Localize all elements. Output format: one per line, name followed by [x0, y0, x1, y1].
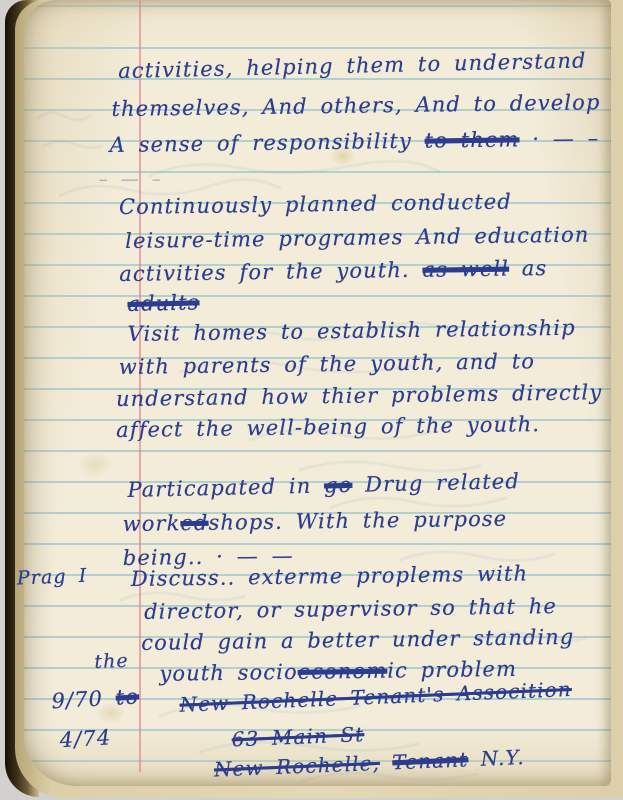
handwriting-line-8: adults: [127, 290, 200, 316]
handwriting-line-11: understand how thier problems directly: [116, 380, 603, 411]
margin-note-prag: Prag I: [16, 565, 87, 590]
handwriting-line-14: workedshops. With the purpose: [122, 507, 507, 536]
handwriting-line-7: activities for the youth. as well as: [119, 256, 547, 286]
handwriting-line-18: could gain a better under standing: [141, 625, 574, 655]
handwriting-line-22: New Rochelle, Tenant N.Y.: [213, 745, 525, 781]
handwriting-line-17: director, or supervisor so that he: [144, 594, 557, 624]
scanned-notebook-photo: activities, helping them to understandth…: [0, 0, 623, 800]
handwriting-line-1: activities, helping them to understand: [118, 48, 587, 83]
handwriting-line-21: 63 Main St: [231, 722, 364, 751]
handwriting-line-6: leisure-time programes And education: [125, 222, 590, 252]
margin-note-the: the: [94, 650, 129, 673]
handwriting-line-9: Visit homes to establish relationship: [127, 316, 575, 346]
handwriting-line-4: – — –: [99, 169, 162, 190]
handwriting-line-12: affect the well-being of the youth.: [116, 412, 540, 442]
handwriting-line-5: Continuously planned conducted: [119, 190, 512, 219]
handwriting-line-13: Particapated in go Drug related: [127, 469, 520, 502]
margin-date-start: 9/70 to: [51, 684, 140, 713]
margin-date-end: 4/74: [59, 725, 112, 752]
handwriting-line-10: with parents of the youth, and to: [119, 349, 536, 379]
handwriting-line-2: themselves, And others, And to develop: [111, 90, 600, 121]
handwriting-line-16: Discuss.. exterme proplems with: [131, 561, 529, 591]
handwriting-line-3: A sense of responsibility to them · — –: [109, 126, 599, 157]
handwriting-layer: activities, helping them to understandth…: [0, 0, 623, 800]
